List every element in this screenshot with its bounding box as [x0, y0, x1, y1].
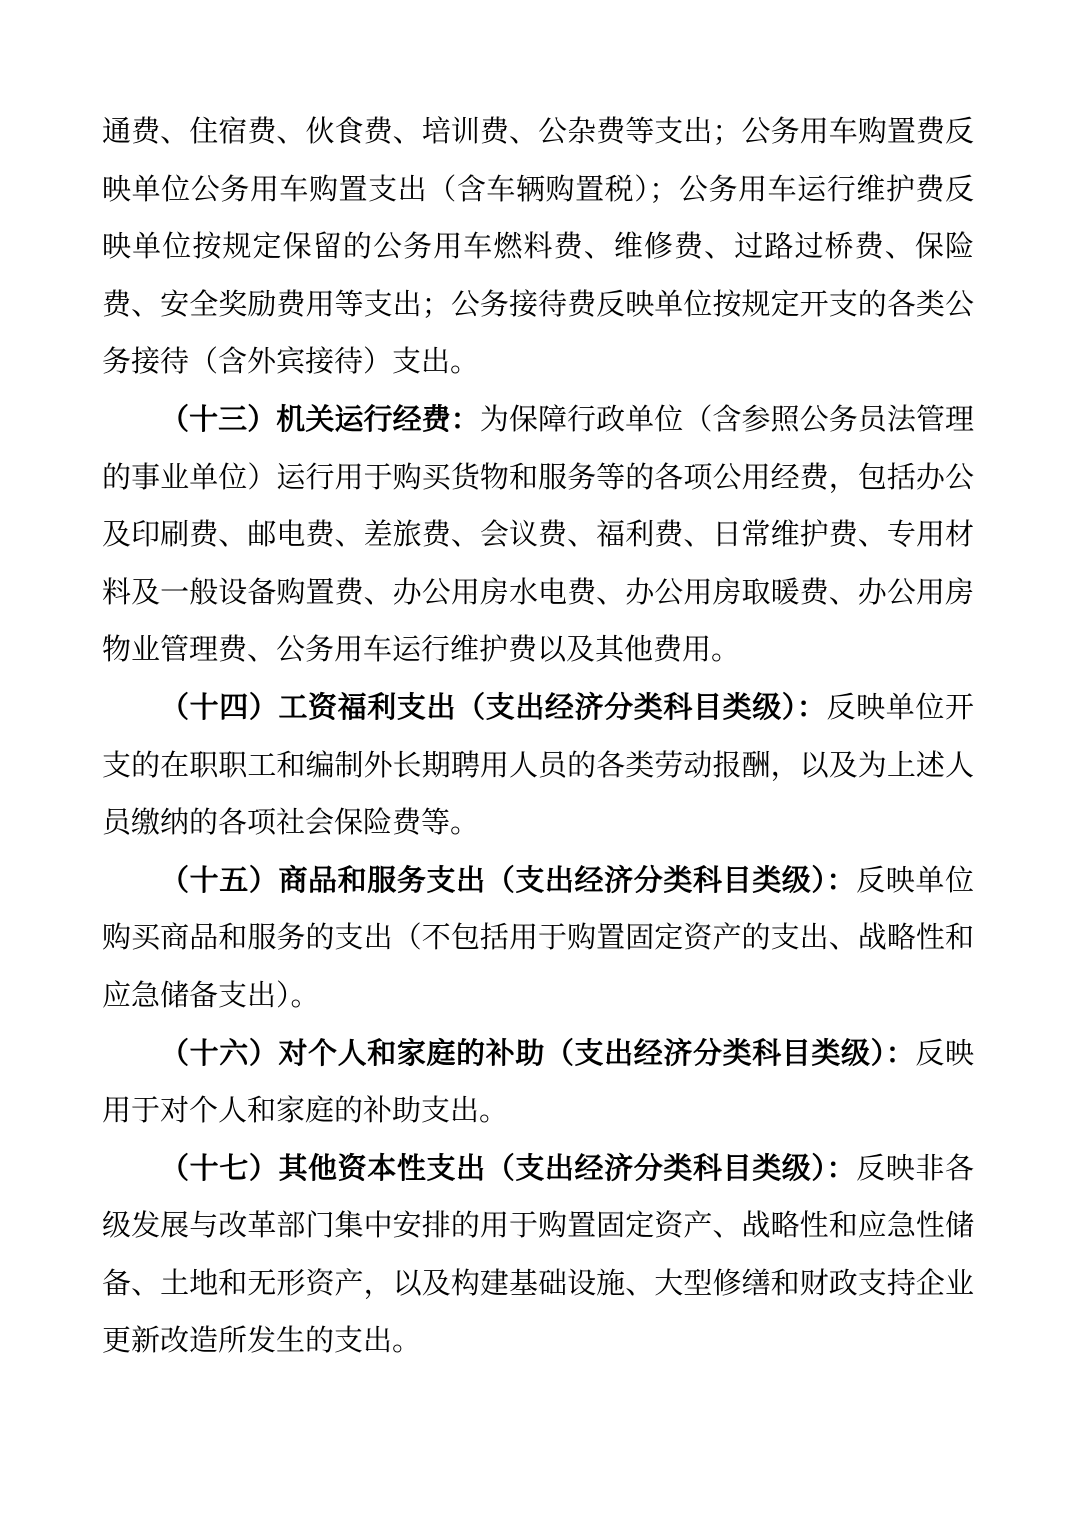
paragraph-continuation: 通费、住宿费、伙食费、培训费、公杂费等支出；公务用车购置费反映单位公务用车购置支… [102, 104, 974, 392]
paragraph-section-14: （十四）工资福利支出（支出经济分类科目类级）：反映单位开支的在职职工和编制外长期… [102, 680, 974, 853]
paragraph-section-15: （十五）商品和服务支出（支出经济分类科目类级）：反映单位购买商品和服务的支出（不… [102, 853, 974, 1026]
document-body: 通费、住宿费、伙食费、培训费、公杂费等支出；公务用车购置费反映单位公务用车购置支… [102, 104, 974, 1371]
section-13-heading: （十三）机关运行经费： [160, 404, 480, 436]
section-14-heading: （十四）工资福利支出（支出经济分类科目类级）： [160, 692, 827, 724]
paragraph-text: 为保障行政单位（含参照公务员法管理的事业单位）运行用于购买货物和服务等的各项公用… [102, 404, 974, 666]
paragraph-text: 通费、住宿费、伙食费、培训费、公杂费等支出；公务用车购置费反映单位公务用车购置支… [102, 116, 974, 378]
paragraph-section-17: （十七）其他资本性支出（支出经济分类科目类级）：反映非各级发展与改革部门集中安排… [102, 1141, 974, 1371]
section-17-heading: （十七）其他资本性支出（支出经济分类科目类级）： [160, 1153, 856, 1185]
section-16-heading: （十六）对个人和家庭的补助（支出经济分类科目类级）： [160, 1038, 915, 1070]
section-15-heading: （十五）商品和服务支出（支出经济分类科目类级）： [160, 865, 856, 897]
paragraph-section-13: （十三）机关运行经费：为保障行政单位（含参照公务员法管理的事业单位）运行用于购买… [102, 392, 974, 680]
document-page: 通费、住宿费、伙食费、培训费、公杂费等支出；公务用车购置费反映单位公务用车购置支… [0, 0, 1074, 1520]
paragraph-section-16: （十六）对个人和家庭的补助（支出经济分类科目类级）：反映用于对个人和家庭的补助支… [102, 1026, 974, 1141]
